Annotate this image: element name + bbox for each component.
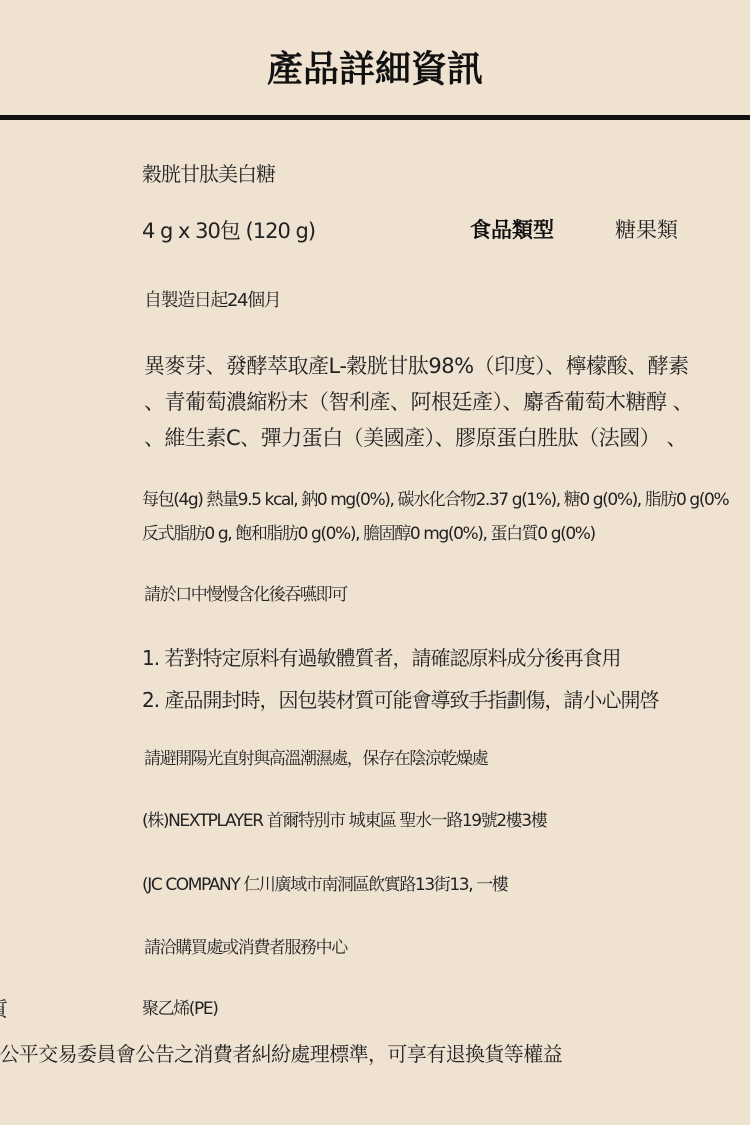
storage-value: 請避開陽光直射與高溫潮濕處，保存在陰涼乾燥處 bbox=[144, 744, 487, 774]
ingredients-line: 、維生素C、彈力蛋白（美國產）、膠原蛋白胜肽（法國） 、 bbox=[144, 420, 693, 456]
usage-value: 請於口中慢慢含化後吞嚥即可 bbox=[144, 580, 347, 610]
nutrition-value: 每包(4g) 熱量9.5 kcal, 鈉0 mg(0%), 碳水化合物2.37 … bbox=[142, 483, 728, 551]
ingredients-line: 異麥芽、發酵萃取產L-穀胱甘肽98%（印度）、檸檬酸、酵素 bbox=[144, 348, 693, 384]
nutrition-line: 每包(4g) 熱量9.5 kcal, 鈉0 mg(0%), 碳水化合物2.37 … bbox=[142, 483, 728, 517]
product-name-value: 穀胱甘肽美白糖 bbox=[142, 159, 275, 189]
precaution-item: 1. 若對特定原料有過敏體質者，請確認原料成分後再食用 bbox=[142, 637, 658, 679]
shelf-life-value: 自製造日起24個月 bbox=[144, 286, 280, 316]
distributor-value: (JC COMPANY 仁川廣域市南洞區飲實路13街13, 一樓 bbox=[142, 870, 507, 900]
food-type-label: 食品類型 bbox=[470, 214, 554, 246]
precautions-value: 1. 若對特定原料有過敏體質者，請確認原料成分後再食用 2. 產品開封時，因包裝… bbox=[142, 637, 658, 721]
capacity-value: 4 g x 30包 (120 g) bbox=[142, 216, 315, 246]
customer-service-value: 請洽購買處或消費者服務中心 bbox=[144, 933, 347, 963]
page-title: 產品詳細資訊 bbox=[0, 44, 750, 96]
packaging-label: 質 bbox=[0, 994, 8, 1024]
title-divider bbox=[0, 115, 750, 120]
ingredients-value: 異麥芽、發酵萃取產L-穀胱甘肽98%（印度）、檸檬酸、酵素 、青葡萄濃縮粉末（智… bbox=[144, 348, 693, 456]
nutrition-line: 反式脂肪0 g, 飽和脂肪0 g(0%), 膽固醇0 mg(0%), 蛋白質0 … bbox=[142, 517, 728, 551]
manufacturer-value: (株)NEXTPLAYER 首爾特別市 城東區 聖水一路19號2樓3樓 bbox=[142, 806, 546, 836]
precaution-item: 2. 產品開封時，因包裝材質可能會導致手指劃傷，請小心開啓 bbox=[142, 679, 658, 721]
food-type-value: 糖果類 bbox=[615, 214, 678, 246]
packaging-value: 聚乙烯(PE) bbox=[142, 994, 217, 1024]
compensation-value: 依公平交易委員會公告之消費者糾紛處理標準，可享有退換貨等權益 bbox=[0, 1039, 562, 1069]
ingredients-line: 、青葡萄濃縮粉末（智利產、阿根廷產）、麝香葡萄木糖醇 、 bbox=[144, 384, 693, 420]
